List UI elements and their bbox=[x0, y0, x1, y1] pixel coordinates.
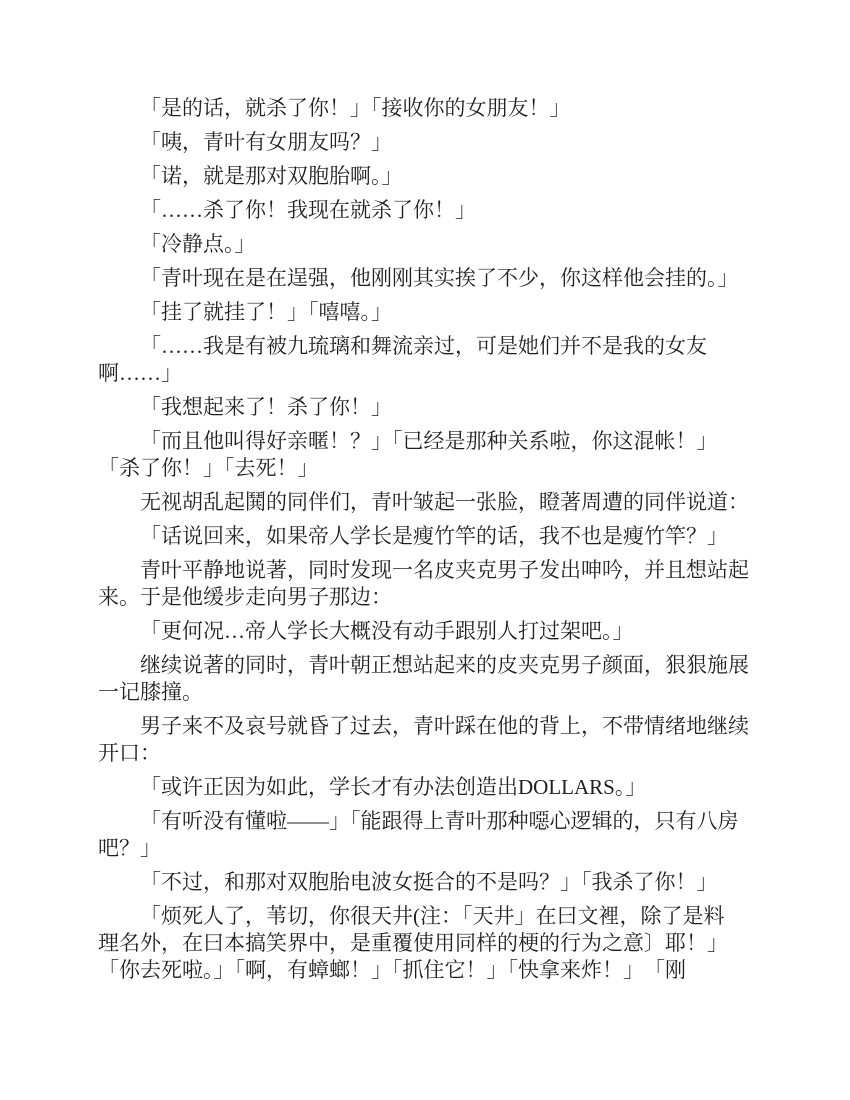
paragraph: 「或许正因为如此，学长才有办法创造出DOLLARS。」 bbox=[98, 774, 751, 801]
document-page: 「是的话，就杀了你！」「接收你的女朋友！」「咦，青叶有女朋友吗？」「诺，就是那对… bbox=[0, 0, 850, 1100]
paragraph: 「诺，就是那对双胞胎啊。」 bbox=[98, 163, 751, 190]
paragraph: 「烦死人了，苇切，你很天井(注：「天井」在曰文裡，除了是料 理名外，在曰本搞笑界… bbox=[98, 903, 751, 984]
paragraph: 继续说著的同时，青叶朝正想站起来的皮夹克男子颜面，狠狠施展 一记膝撞。 bbox=[98, 652, 751, 706]
paragraph: 「……我是有被九琉璃和舞流亲过，可是她们并不是我的女友 啊……」 bbox=[98, 333, 751, 387]
text-block: 「是的话，就杀了你！」「接收你的女朋友！」「咦，青叶有女朋友吗？」「诺，就是那对… bbox=[98, 95, 751, 984]
paragraph: 「而且他叫得好亲暱！？」「已经是那种关系啦，你这混帐！」 「杀了你！」「去死！」 bbox=[98, 428, 751, 482]
paragraph: 青叶平静地说著，同时发现一名皮夹克男子发出呻吟，并且想站起 来。于是他缓步走向男… bbox=[98, 557, 751, 611]
paragraph: 「我想起来了！杀了你！」 bbox=[98, 394, 751, 421]
paragraph: 「更何况…帝人学长大概没有动手跟别人打过架吧。」 bbox=[98, 618, 751, 645]
paragraph: 「有听没有懂啦——」「能跟得上青叶那种噁心逻辑的，只有八房 吧？」 bbox=[98, 808, 751, 862]
paragraph: 「青叶现在是在逞强，他刚刚其实挨了不少，你这样他会挂的。」 bbox=[98, 265, 751, 292]
paragraph: 「咦，青叶有女朋友吗？」 bbox=[98, 129, 751, 156]
paragraph: 「……杀了你！我现在就杀了你！」 bbox=[98, 197, 751, 224]
paragraph: 「挂了就挂了！」「嘻嘻。」 bbox=[98, 299, 751, 326]
paragraph: 「是的话，就杀了你！」「接收你的女朋友！」 bbox=[98, 95, 751, 122]
paragraph: 「话说回来，如果帝人学长是瘦竹竿的话，我不也是瘦竹竿？」 bbox=[98, 523, 751, 550]
paragraph: 无视胡乱起鬨的同伴们，青叶皱起一张脸，瞪著周遭的同伴说道： bbox=[98, 489, 751, 516]
paragraph: 「冷静点。」 bbox=[98, 231, 751, 258]
paragraph: 「不过，和那对双胞胎电波女挺合的不是吗？」「我杀了你！」 bbox=[98, 869, 751, 896]
paragraph: 男子来不及哀号就昏了过去，青叶踩在他的背上，不带情绪地继续 开口： bbox=[98, 713, 751, 767]
